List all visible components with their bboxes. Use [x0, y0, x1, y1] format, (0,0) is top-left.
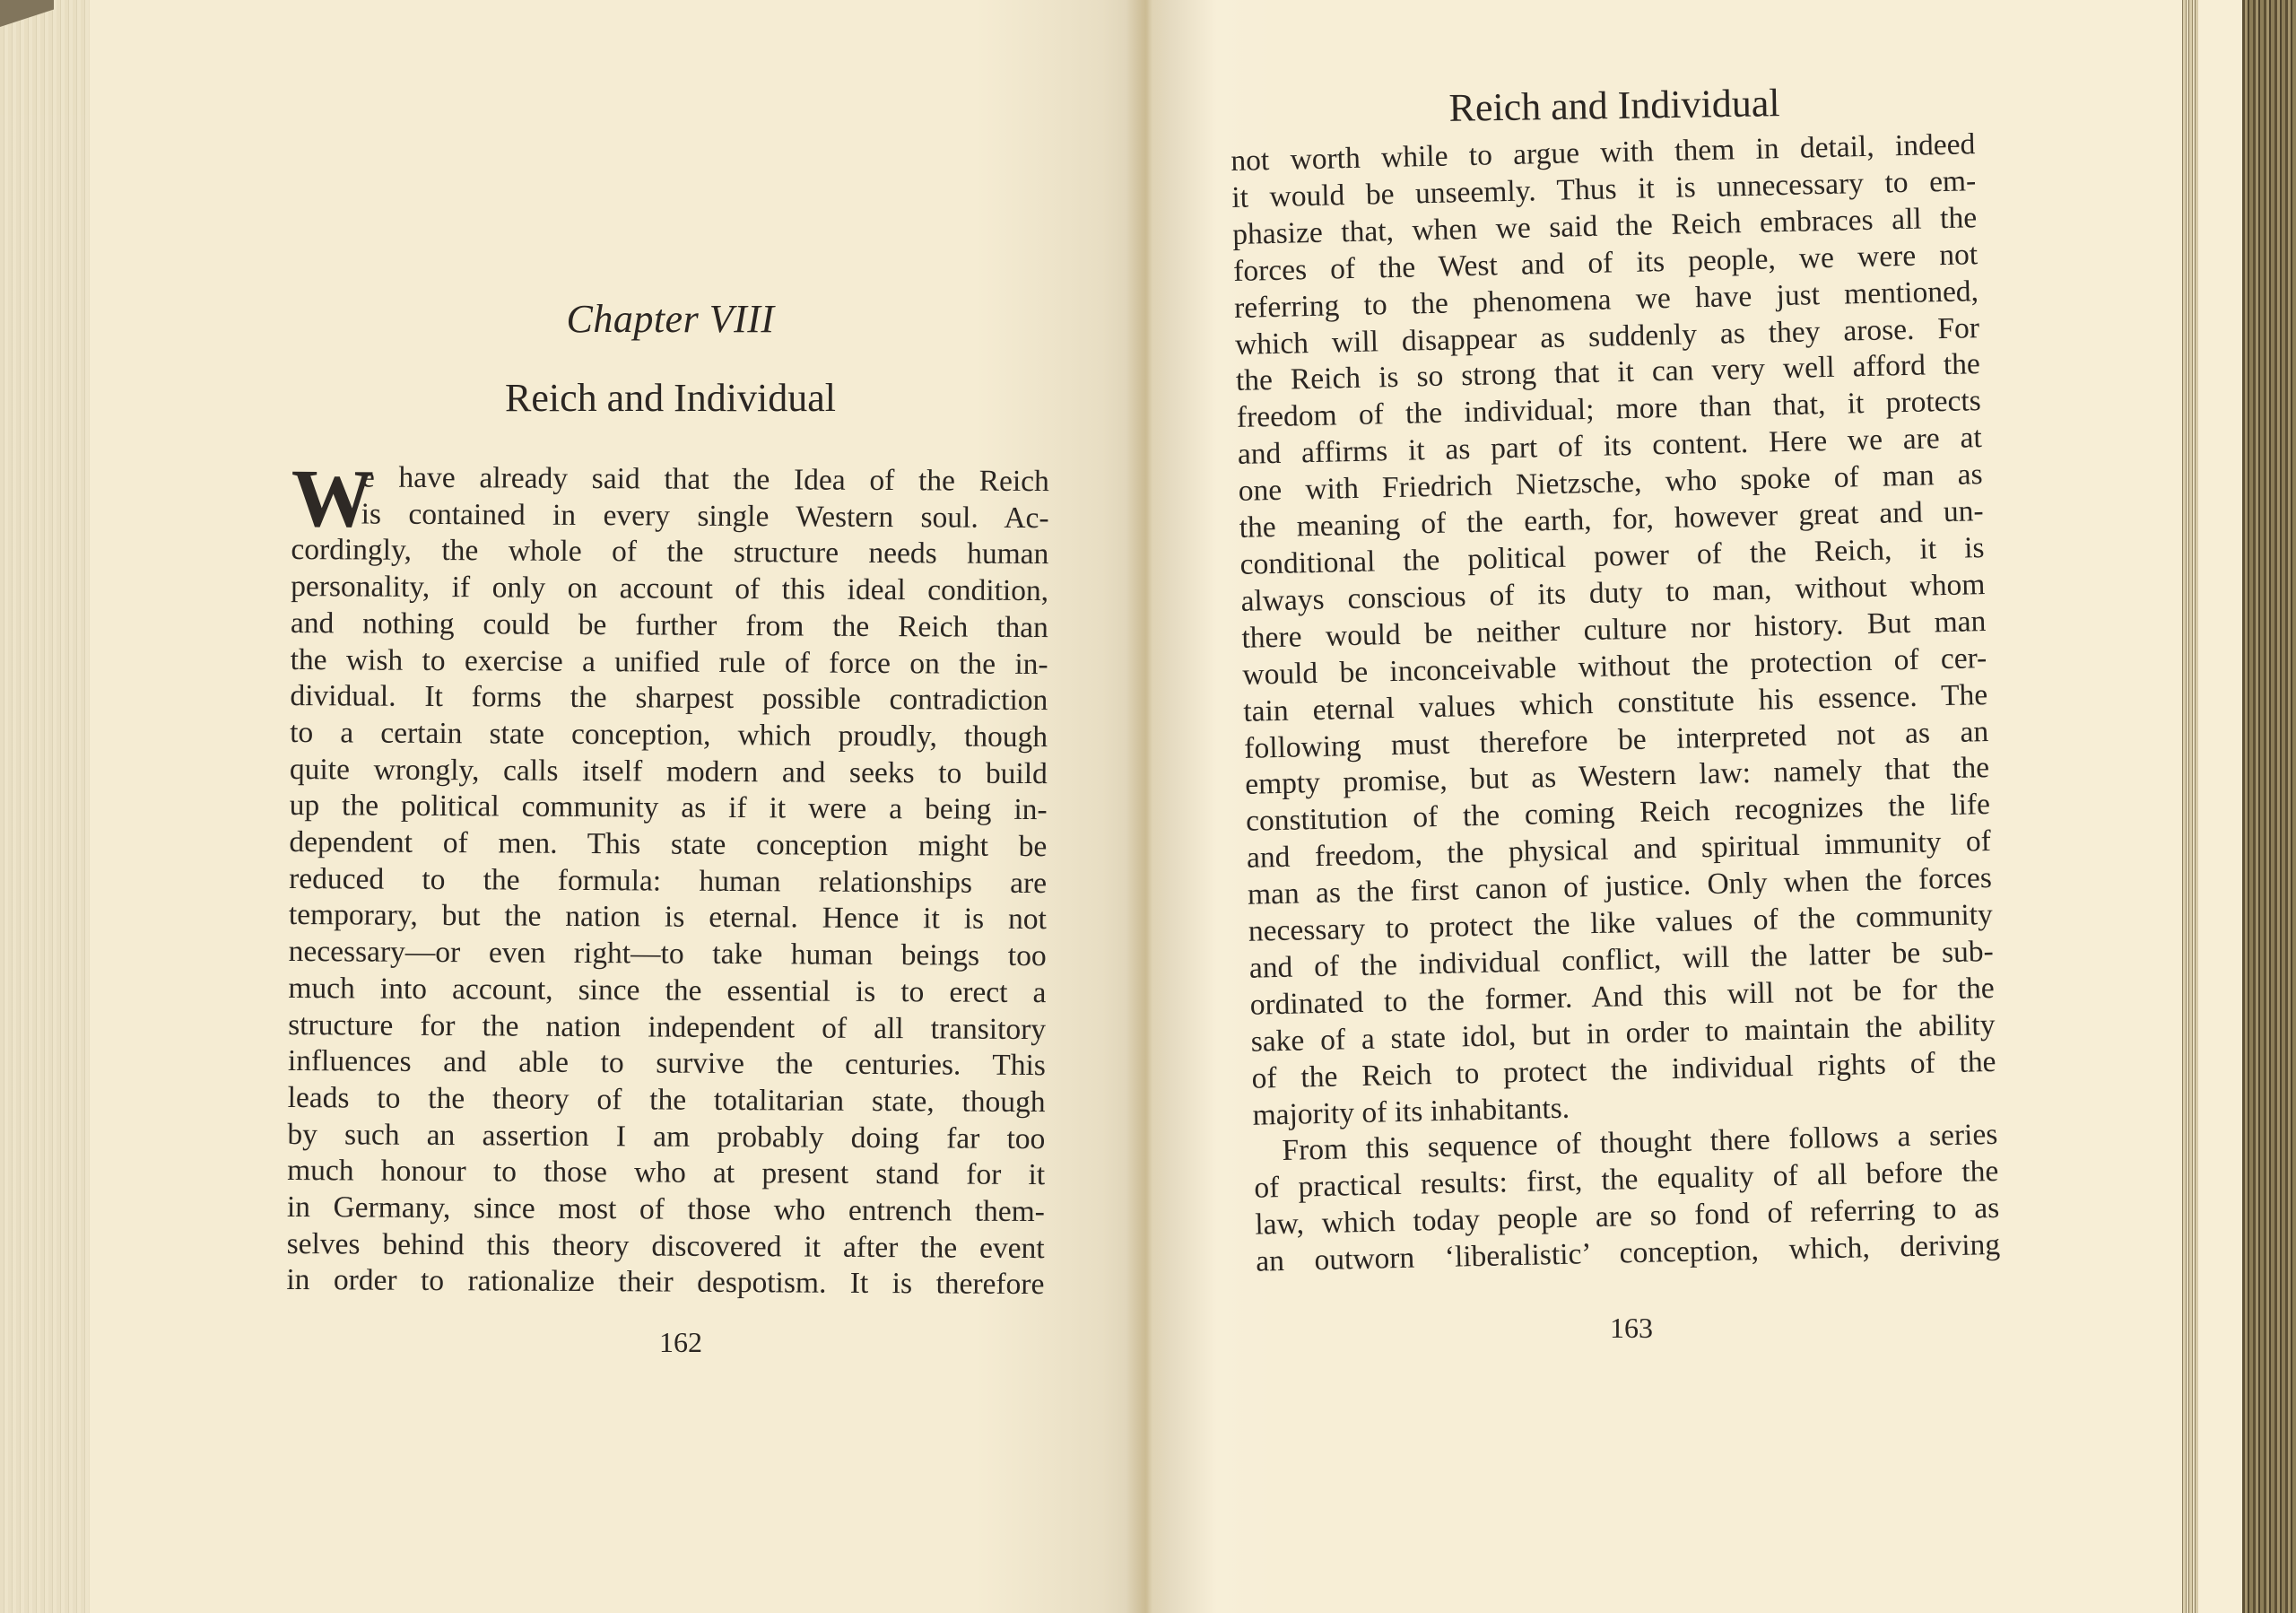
- text-line: e have already said that the Idea of the…: [291, 459, 1049, 501]
- text-line: in Germany, since most of those who entr…: [287, 1190, 1045, 1231]
- text-line: selves behind this theory discovered it …: [287, 1226, 1045, 1268]
- text-line: personality, if only on account of this …: [291, 569, 1048, 610]
- left-page: Chapter VIII Reich and Individual W e ha…: [0, 0, 1148, 1613]
- text-line: cordingly, the whole of the structure ne…: [291, 532, 1048, 573]
- gutter-shadow: [1126, 0, 1170, 1613]
- right-page-body: not worth while to argue with them in de…: [1231, 126, 2001, 1281]
- chapter-title: Reich and Individual: [296, 375, 1045, 421]
- text-line: much into account, since the essential i…: [288, 971, 1046, 1012]
- left-fore-edge: [0, 0, 90, 1613]
- text-line: is contained in every single Western sou…: [291, 496, 1049, 537]
- text-line: up the political community as if it were…: [290, 788, 1048, 829]
- page-number-left: 162: [659, 1326, 702, 1359]
- text-line: structure for the nation independent of …: [288, 1007, 1046, 1049]
- text-line: reduced to the formula: human relationsh…: [289, 861, 1047, 902]
- text-line: necessary—or even right—to take human be…: [289, 934, 1047, 975]
- chapter-label: Chapter VIII: [296, 296, 1045, 342]
- text-line: in order to rationalize their despotism.…: [286, 1262, 1044, 1303]
- text-line: the wish to exercise a unified rule of f…: [291, 642, 1048, 684]
- left-page-body: W e have already said that the Idea of t…: [286, 459, 1049, 1303]
- opening-paragraph-start: W e have already said that the Idea of t…: [291, 459, 1049, 537]
- text-line: quite wrongly, calls itself modern and s…: [290, 752, 1048, 793]
- text-line: dividual. It forms the sharpest possible…: [290, 678, 1048, 719]
- text-line: much honour to those who at present stan…: [287, 1153, 1045, 1194]
- text-line: to a certain state conception, which pro…: [290, 715, 1048, 756]
- text-line: temporary, but the nation is eternal. He…: [289, 897, 1047, 938]
- page-number-right: 163: [1610, 1312, 1653, 1345]
- text-line: influences and able to survive the centu…: [288, 1043, 1046, 1085]
- text-line: and nothing could be further from the Re…: [291, 606, 1048, 647]
- page-edge-lines: [2182, 0, 2198, 1613]
- right-fore-edge: [2242, 0, 2296, 1613]
- text-line: by such an assertion I am probably doing…: [287, 1117, 1045, 1158]
- drop-cap: W: [291, 463, 373, 534]
- open-book-spread: Chapter VIII Reich and Individual W e ha…: [0, 0, 2296, 1613]
- text-line: leads to the theory of the totalitarian …: [288, 1080, 1046, 1121]
- text-line: dependent of men. This state conception …: [289, 824, 1047, 866]
